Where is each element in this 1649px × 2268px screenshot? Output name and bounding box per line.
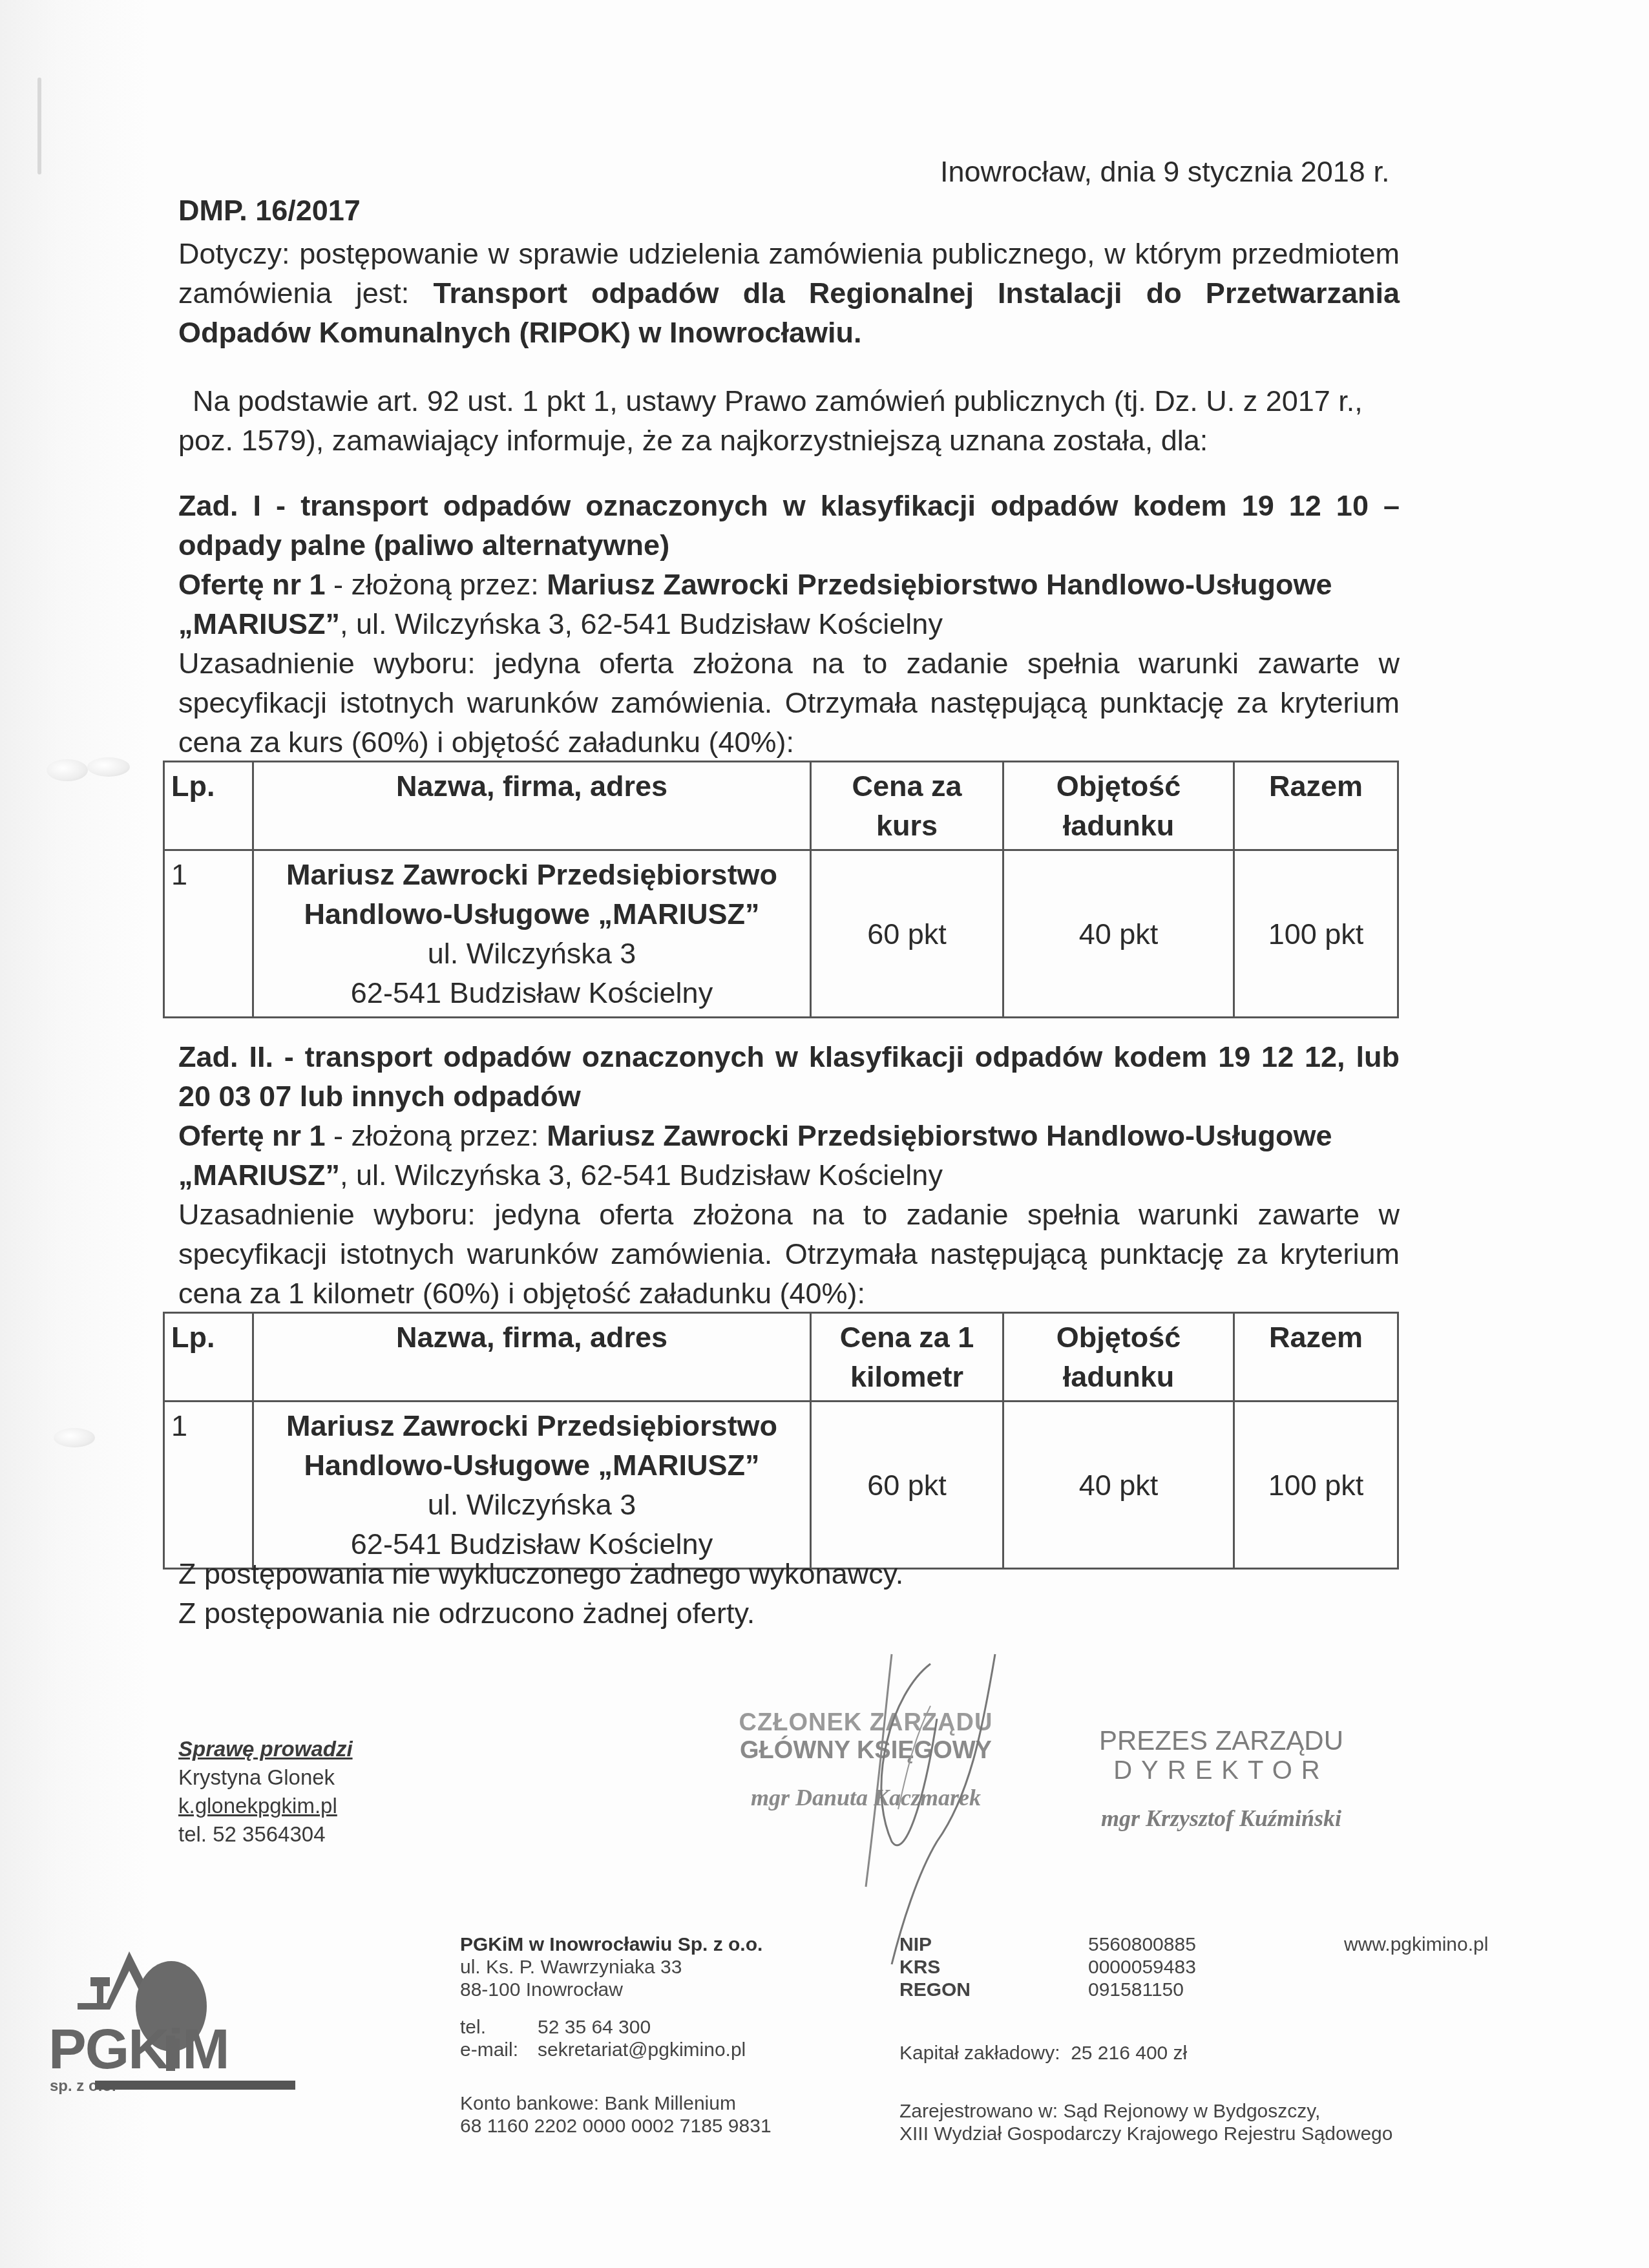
footer-company: PGKiM w Inowrocławiu Sp. z o.o. [460,1933,762,1956]
capital-value: 25 216 400 zł [1071,2042,1187,2064]
krs-label: KRS [899,1956,971,1979]
footer-id-labels: NIP KRS REGON [899,1933,971,2001]
email-label: e-mail: [460,2039,538,2061]
bank-account: 68 1160 2202 0000 0002 7185 9831 [460,2115,772,2137]
email-value[interactable]: sekretariat@pgkimino.pl [538,2039,746,2061]
handwritten-signatures [0,0,1649,2268]
footer-website[interactable]: www.pgkimino.pl [1344,1933,1488,1956]
nip-value: 5560800885 [1088,1933,1196,1956]
footer-company-address: PGKiM w Inowrocławiu Sp. z o.o. ul. Ks. … [460,1933,762,2001]
footer-bank: Konto bankowe: Bank Millenium 68 1160 22… [460,2092,772,2137]
bank-label: Konto bankowe: [460,2093,599,2114]
footer-capital: Kapitał zakładowy: 25 216 400 zł [899,2042,1187,2064]
capital-label: Kapitał zakładowy: [899,2042,1060,2064]
footer-registration: Zarejestrowano w: Sąd Rejonowy w Bydgosz… [899,2100,1392,2145]
footer-street: ul. Ks. P. Wawrzyniaka 33 [460,1956,762,1979]
pgkim-logo: PGKiM sp. z o.o. [48,1945,333,2106]
logo-text: PGKiM [48,2016,228,2082]
bank-name: Bank Millenium [605,2093,736,2114]
footer-city: 88-100 Inowrocław [460,1979,762,2001]
tel-value: 52 35 64 300 [538,2017,651,2038]
regon-value: 091581150 [1088,1979,1196,2001]
krs-value: 0000059483 [1088,1956,1196,1979]
registration-line1: Zarejestrowano w: Sąd Rejonowy w Bydgosz… [899,2100,1392,2123]
nip-label: NIP [899,1933,971,1956]
registration-line2: XIII Wydział Gospodarczy Krajowego Rejes… [899,2123,1392,2145]
logo-bar [95,2081,295,2090]
footer-id-values: 5560800885 0000059483 091581150 [1088,1933,1196,2001]
tel-label: tel. [460,2016,538,2039]
footer-contact: tel.52 35 64 300 e-mail:sekretariat@pgki… [460,2016,746,2061]
regon-label: REGON [899,1979,971,2001]
